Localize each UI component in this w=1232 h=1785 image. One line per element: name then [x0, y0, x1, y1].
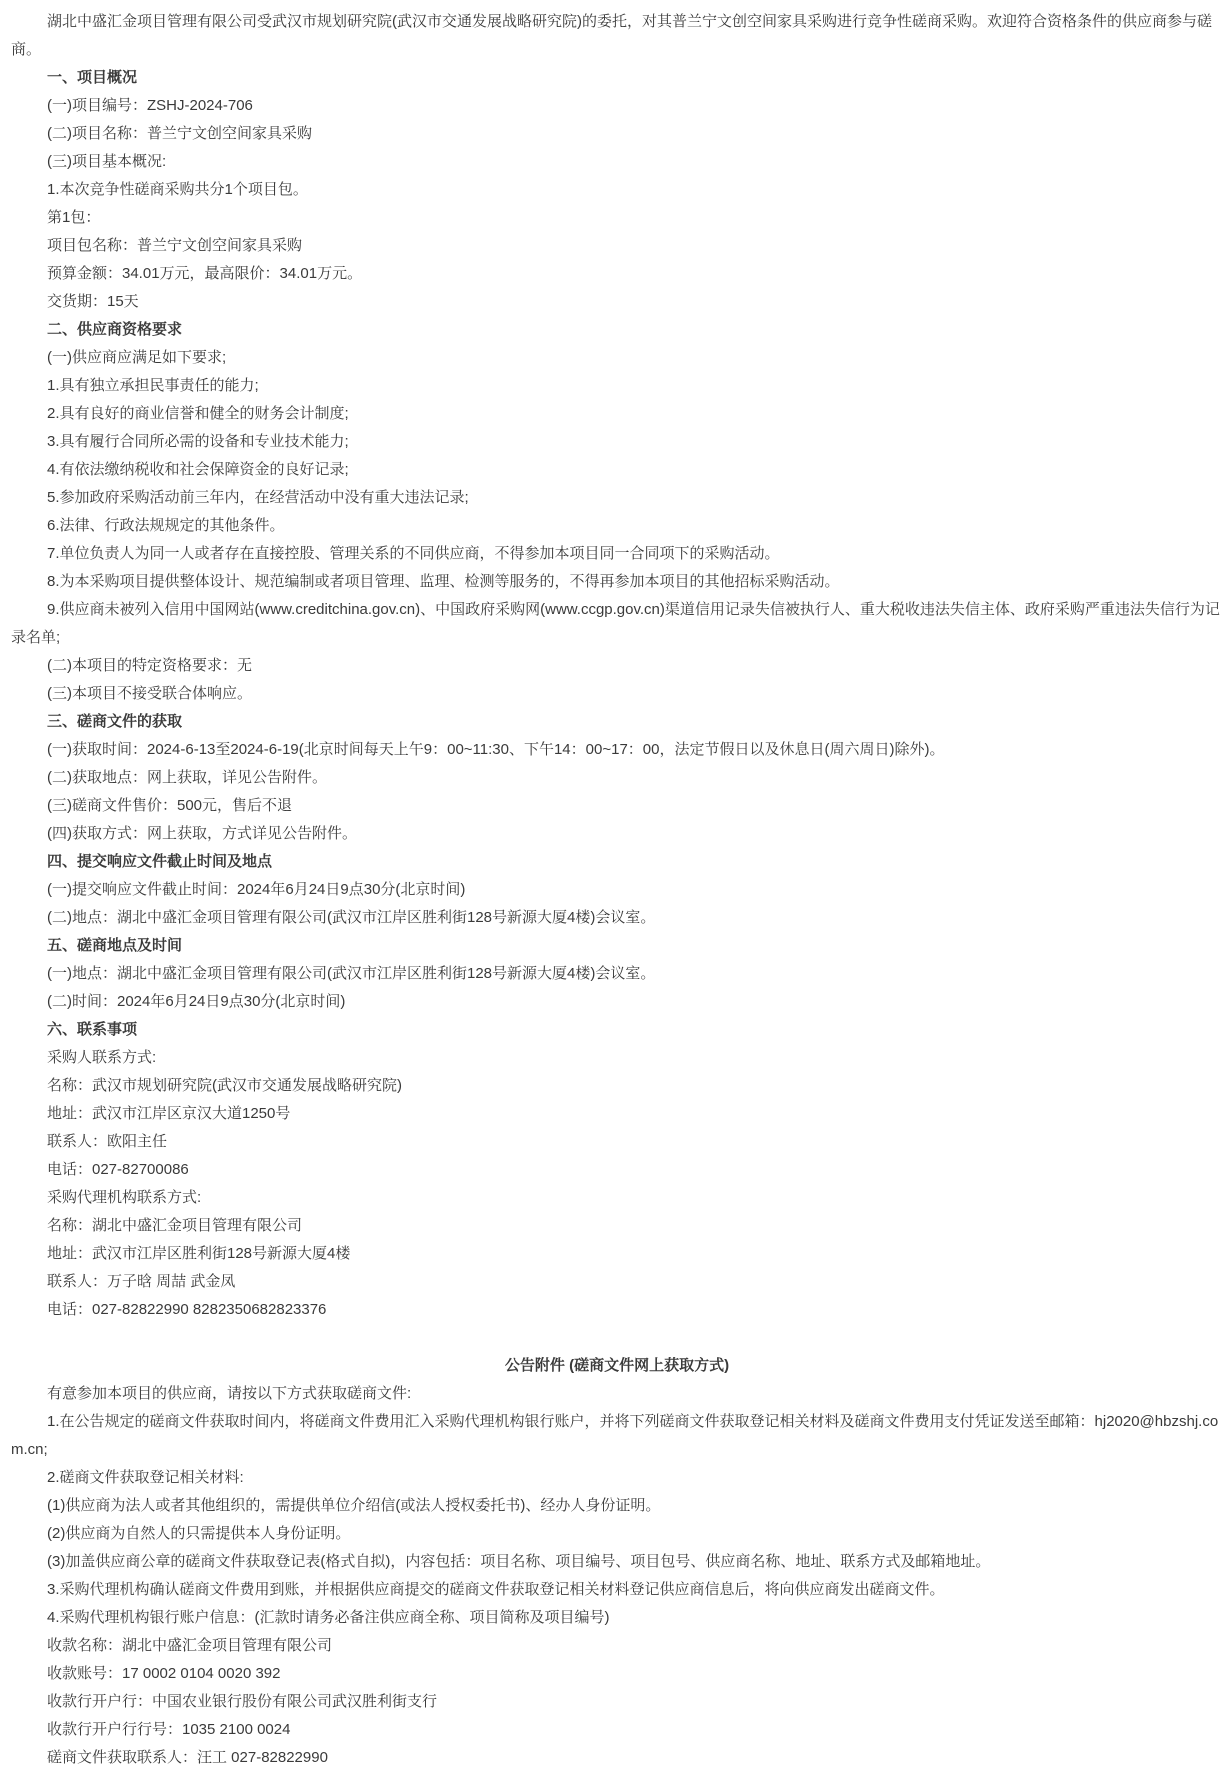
paragraph: 预算金额：34.01万元，最高限价：34.01万元。: [11, 260, 1223, 288]
paragraph: 6.法律、行政法规规定的其他条件。: [11, 512, 1223, 540]
paragraph: (一)供应商应满足如下要求;: [11, 344, 1223, 372]
paragraph: (三)磋商文件售价：500元，售后不退: [11, 792, 1223, 820]
paragraph: 2.磋商文件获取登记相关材料:: [11, 1464, 1223, 1492]
paragraph: 采购代理机构联系方式:: [11, 1184, 1223, 1212]
paragraph: (一)提交响应文件截止时间：2024年6月24日9点30分(北京时间): [11, 876, 1223, 904]
paragraph: 9.供应商未被列入信用中国网站(www.creditchina.gov.cn)、…: [11, 596, 1223, 652]
paragraph: 1.本次竞争性磋商采购共分1个项目包。: [11, 176, 1223, 204]
attachment-title: 公告附件 (磋商文件网上获取方式): [11, 1352, 1223, 1380]
paragraph: (三)本项目不接受联合体响应。: [11, 680, 1223, 708]
paragraph: 湖北中盛汇金项目管理有限公司受武汉市规划研究院(武汉市交通发展战略研究院)的委托…: [11, 8, 1223, 64]
paragraph: 第1包：: [11, 204, 1223, 232]
paragraph: 地址：武汉市江岸区京汉大道1250号: [11, 1100, 1223, 1128]
paragraph: (二)地点：湖北中盛汇金项目管理有限公司(武汉市江岸区胜利街128号新源大厦4楼…: [11, 904, 1223, 932]
paragraph: 1.在公告规定的磋商文件获取时间内，将磋商文件费用汇入采购代理机构银行账户，并将…: [11, 1408, 1223, 1464]
section-heading: 三、磋商文件的获取: [11, 708, 1223, 736]
paragraph: (一)获取时间：2024-6-13至2024-6-19(北京时间每天上午9：00…: [11, 736, 1223, 764]
paragraph: 收款行开户行行号：1035 2100 0024: [11, 1716, 1223, 1744]
paragraph: (1)供应商为法人或者其他组织的，需提供单位介绍信(或法人授权委托书)、经办人身…: [11, 1492, 1223, 1520]
section-heading: 六、联系事项: [11, 1016, 1223, 1044]
paragraph: (一)地点：湖北中盛汇金项目管理有限公司(武汉市江岸区胜利街128号新源大厦4楼…: [11, 960, 1223, 988]
paragraph: (3)加盖供应商公章的磋商文件获取登记表(格式自拟)，内容包括：项目名称、项目编…: [11, 1548, 1223, 1576]
paragraph: 2.具有良好的商业信誉和健全的财务会计制度;: [11, 400, 1223, 428]
paragraph: 名称：武汉市规划研究院(武汉市交通发展战略研究院): [11, 1072, 1223, 1100]
announcement-document: 湖北中盛汇金项目管理有限公司受武汉市规划研究院(武汉市交通发展战略研究院)的委托…: [0, 0, 1232, 1785]
spacer: [11, 1324, 1223, 1352]
paragraph: 7.单位负责人为同一人或者存在直接控股、管理关系的不同供应商，不得参加本项目同一…: [11, 540, 1223, 568]
paragraph: 联系人：万子晗 周喆 武金凤: [11, 1268, 1223, 1296]
paragraph: 4.有依法缴纳税收和社会保障资金的良好记录;: [11, 456, 1223, 484]
paragraph: 电话：027-82700086: [11, 1156, 1223, 1184]
paragraph: 8.为本采购项目提供整体设计、规范编制或者项目管理、监理、检测等服务的，不得再参…: [11, 568, 1223, 596]
paragraph: 收款行开户行：中国农业银行股份有限公司武汉胜利街支行: [11, 1688, 1223, 1716]
paragraph: 1.具有独立承担民事责任的能力;: [11, 372, 1223, 400]
paragraph: (三)项目基本概况:: [11, 148, 1223, 176]
paragraph: 采购人联系方式:: [11, 1044, 1223, 1072]
paragraph: 名称：湖北中盛汇金项目管理有限公司: [11, 1212, 1223, 1240]
paragraph: (2)供应商为自然人的只需提供本人身份证明。: [11, 1520, 1223, 1548]
paragraph: (二)时间：2024年6月24日9点30分(北京时间): [11, 988, 1223, 1016]
section-heading: 五、磋商地点及时间: [11, 932, 1223, 960]
paragraph: 3.采购代理机构确认磋商文件费用到账，并根据供应商提交的磋商文件获取登记相关材料…: [11, 1576, 1223, 1604]
paragraph: 收款名称：湖北中盛汇金项目管理有限公司: [11, 1632, 1223, 1660]
section-heading: 一、项目概况: [11, 64, 1223, 92]
paragraph: 地址：武汉市江岸区胜利街128号新源大厦4楼: [11, 1240, 1223, 1268]
paragraph: 4.采购代理机构银行账户信息：(汇款时请务必备注供应商全称、项目简称及项目编号): [11, 1604, 1223, 1632]
paragraph: 交货期：15天: [11, 288, 1223, 316]
paragraph: (一)项目编号：ZSHJ-2024-706: [11, 92, 1223, 120]
paragraph: 3.具有履行合同所必需的设备和专业技术能力;: [11, 428, 1223, 456]
section-heading: 二、供应商资格要求: [11, 316, 1223, 344]
section-heading: 四、提交响应文件截止时间及地点: [11, 848, 1223, 876]
paragraph: 5.参加政府采购活动前三年内，在经营活动中没有重大违法记录;: [11, 484, 1223, 512]
paragraph: 收款账号：17 0002 0104 0020 392: [11, 1660, 1223, 1688]
paragraph: 项目包名称：普兰宁文创空间家具采购: [11, 232, 1223, 260]
paragraph: (二)获取地点：网上获取，详见公告附件。: [11, 764, 1223, 792]
paragraph: 联系人：欧阳主任: [11, 1128, 1223, 1156]
paragraph: 有意参加本项目的供应商，请按以下方式获取磋商文件:: [11, 1380, 1223, 1408]
paragraph: (二)本项目的特定资格要求：无: [11, 652, 1223, 680]
paragraph: 电话：027-82822990 8282350682823376: [11, 1296, 1223, 1324]
paragraph: (四)获取方式：网上获取，方式详见公告附件。: [11, 820, 1223, 848]
paragraph: (二)项目名称：普兰宁文创空间家具采购: [11, 120, 1223, 148]
paragraph: 磋商文件获取联系人：汪工 027-82822990: [11, 1744, 1223, 1772]
